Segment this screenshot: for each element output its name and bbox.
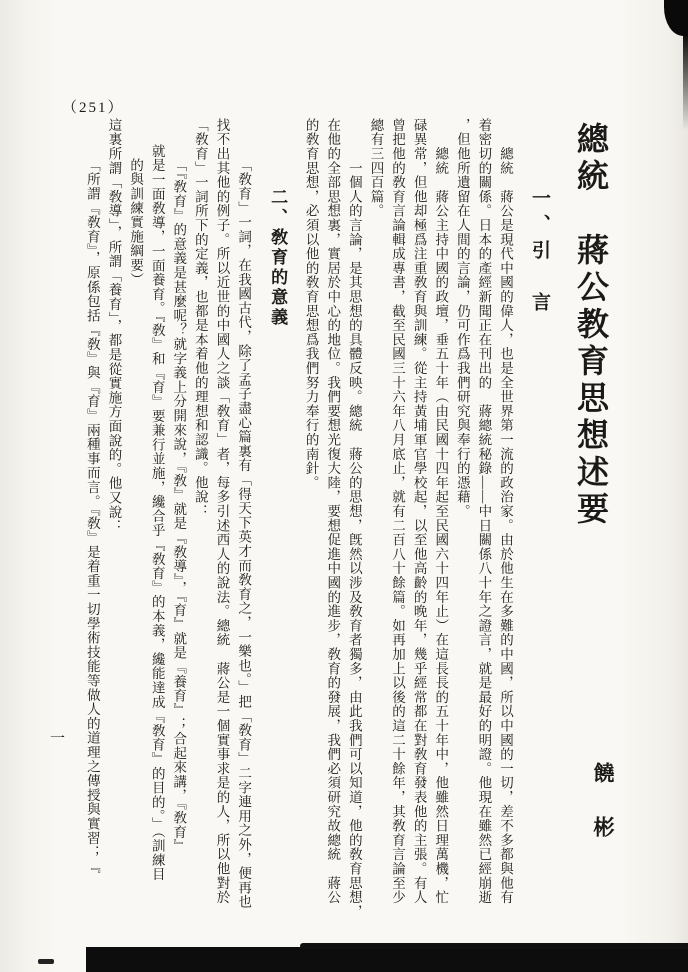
scan-artifact-corner (664, 0, 688, 36)
scan-artifact-dash (38, 959, 54, 964)
body-column: 一個人的言論，是其思想的具體反映。總統 蔣公的思想，旣然以涉及敎育者獨多，由此我… (343, 112, 365, 936)
scan-artifact-edge (683, 34, 688, 130)
body-column: 總有三四百篇。 (365, 112, 387, 936)
quote-attribution-column: 的與訓練實施綱要） (125, 112, 147, 936)
body-column: 這裏所謂「敎導」，所謂「養育」，都是從實施方面說的。他又說： (103, 112, 125, 936)
quote-column: 「所謂『敎育』，原係包括『敎』與『育』兩種事而言。『敎』是着重一切學術技能等做人… (81, 112, 103, 936)
body-column: 總統 蔣公主持中國的政壇，垂五十年（由民國十四年起至民國六十四年止）在這長長的五… (430, 112, 452, 936)
body-column: 碌異常，但他却極爲注重敎育與訓練。從主持黃埔軍官學校起，以至他高齡的晚年，幾乎經… (408, 112, 430, 936)
author-name: 饒 彬 (588, 762, 618, 843)
scan-artifact-bottom-bar (86, 947, 688, 972)
quote-column: 「『敎育』的意義是甚麼呢？就字義上分開來說，『敎』就是『敎導』，『育』就是『養育… (168, 112, 190, 936)
page-number: 一 (50, 727, 65, 748)
body-column: 着密切的關係。日本的產經新聞正在刊出的 蔣總統秘錄——中日關係八十年之證言，就是… (473, 112, 495, 936)
body-column: 在他的全部思想裏，實居於中心的地位。我們要想光復大陸，要想促進中國的進步，敎育的… (322, 112, 344, 936)
body-column: 曾把他的敎育言論輯成專書，截至民國三十六年八月底止，就有二百八十餘篇。如再加上以… (386, 112, 408, 936)
body-column: 總統 蔣公是現代中國的偉人，也是全世界第一流的政治家。由於他生在多難的中國，所以… (494, 112, 516, 936)
body-column: ，但他所遺留在人間的言論，仍可作爲我們研究與奉行的憑藉。 (451, 112, 473, 936)
body-column: 找不出其他的例子。所以近世的中國人之談「敎育」者，每多引述西人的說法。總統 蔣公… (211, 112, 233, 936)
vertical-text-block: 總統 蔣公教育思想述要 一、引 言 總統 蔣公是現代中國的偉人，也是全世界第一流… (81, 112, 614, 936)
scan-artifact-bottom-smudge (300, 943, 688, 949)
section-heading-meaning-of-education: 二、敎育的意義 (260, 112, 294, 936)
scanned-book-page: （251） 總統 蔣公教育思想述要 一、引 言 總統 蔣公是現代中國的偉人，也是… (0, 0, 688, 972)
body-column: 「敎育」一詞，在我國古代，除了孟子盡心篇裏有「得天下英才而敎育之，一樂也。」把「… (232, 112, 254, 936)
quote-column: 就是一面敎導，一面養育。『敎』和『育』要兼行並施，纔合乎『敎育』的本義，纔能達成… (146, 112, 168, 936)
body-column: 「敎育」一詞所下的定義，也都是本着他的理想和認識。他說： (189, 112, 211, 936)
body-column: 的敎育思想，必須以他的敎育思想爲我們努力奉行的南針。 (300, 112, 322, 936)
section-heading-introduction: 一、引 言 (524, 112, 554, 936)
